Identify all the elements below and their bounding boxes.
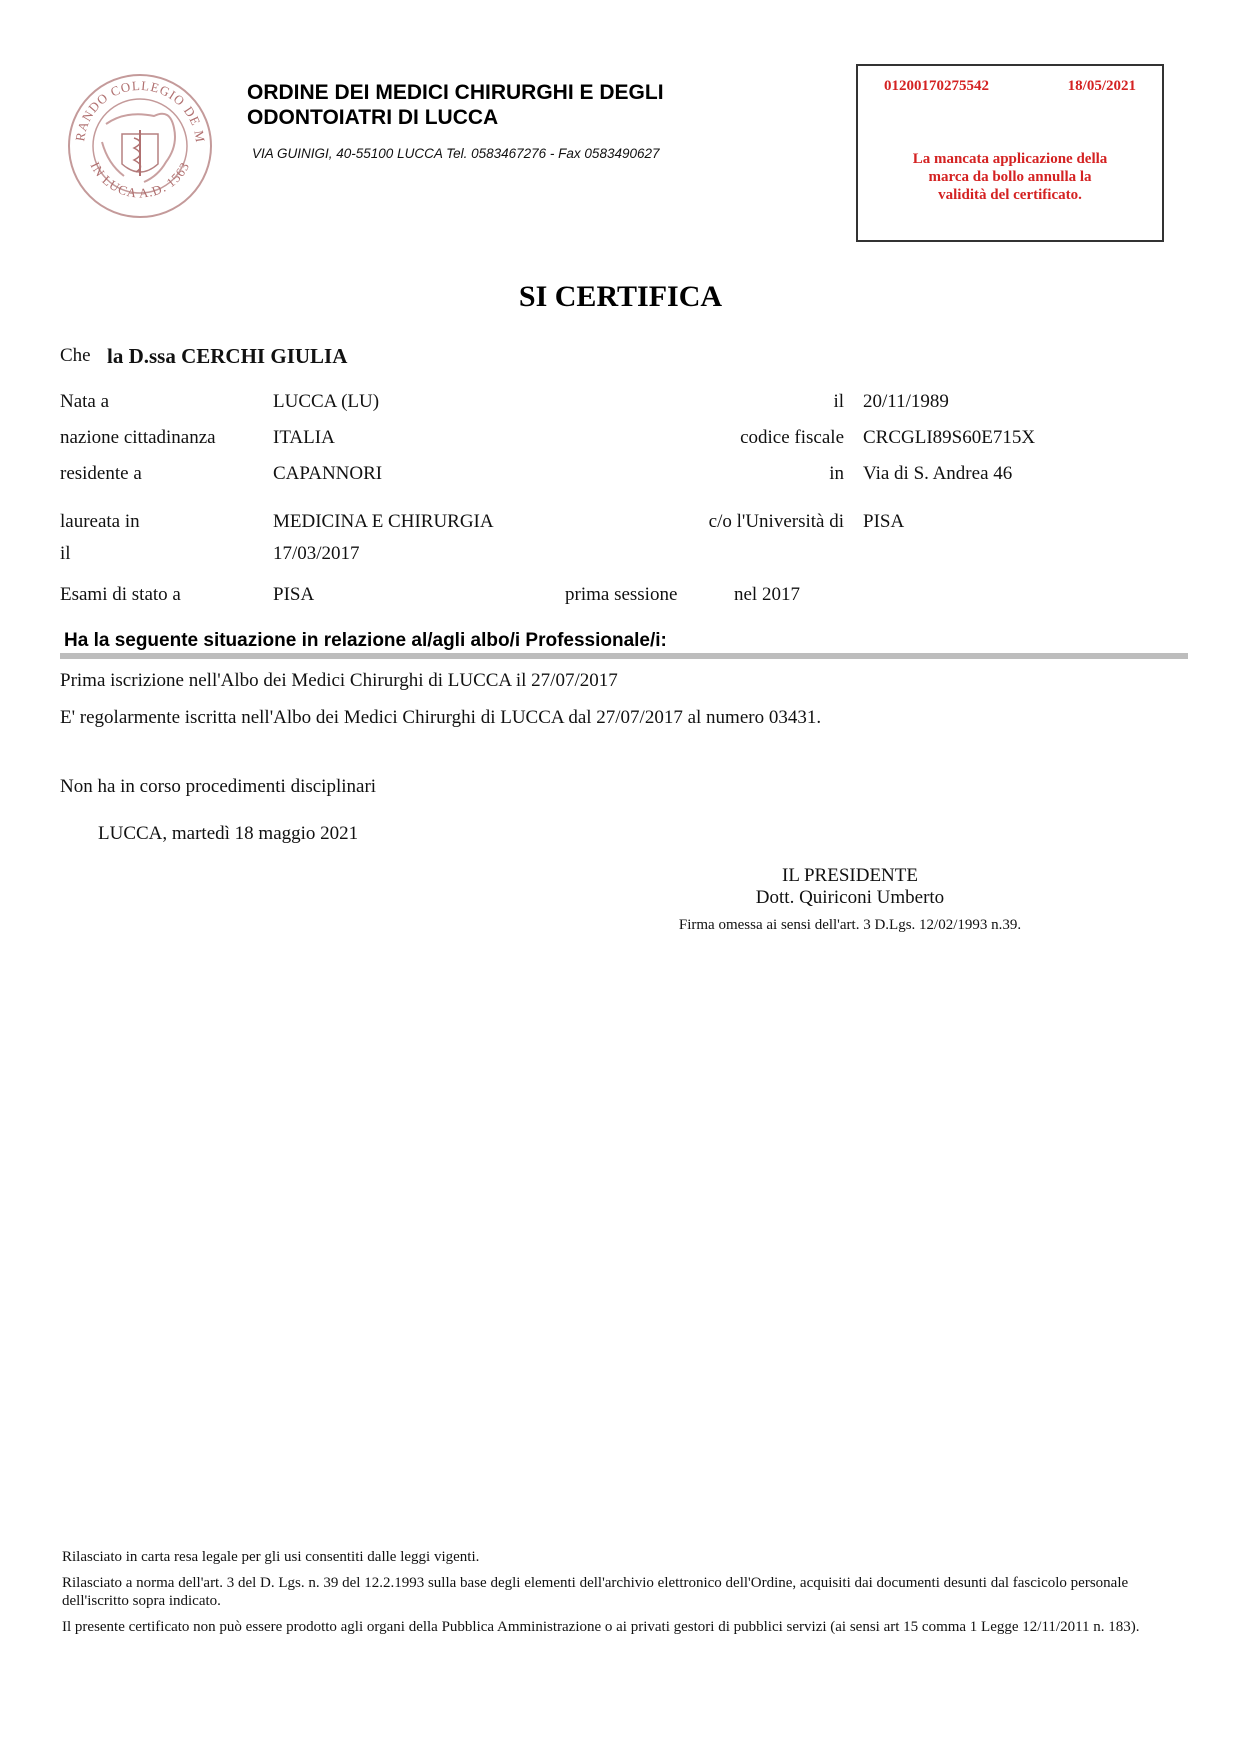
nationality-value: ITALIA	[273, 427, 335, 449]
residence-value: CAPANNORI	[273, 463, 382, 485]
footer-note-2: Rilasciato a norma dell'art. 3 del D. Lg…	[62, 1574, 1172, 1610]
stamp-warning: La mancata applicazione della marca da b…	[858, 150, 1162, 204]
organization-title-line2: ODONTOIATRI DI LUCCA	[247, 105, 664, 130]
birthdate-value: 20/11/1989	[863, 391, 949, 413]
nationality-label: nazione cittadinanza	[60, 427, 216, 449]
stamp-warning-line2: marca da bollo annulla la	[858, 168, 1162, 186]
signatory-role: IL PRESIDENTE	[640, 865, 1060, 887]
university-value: PISA	[863, 511, 904, 533]
footer-note-1: Rilasciato in carta resa legale per gli …	[62, 1548, 1172, 1566]
state-exam-value: PISA	[273, 584, 314, 606]
session-value: nel 2017	[734, 584, 800, 606]
tax-code-value: CRCGLI89S60E715X	[863, 427, 1035, 449]
disciplinary-status: Non ha in corso procedimenti disciplinar…	[60, 776, 376, 798]
subject-prefix: Che	[60, 345, 91, 367]
first-registration: Prima iscrizione nell'Albo dei Medici Ch…	[60, 670, 618, 692]
degree-date-label: il	[60, 543, 71, 565]
signature-note: Firma omessa ai sensi dell'art. 3 D.Lgs.…	[600, 917, 1100, 934]
state-exam-label: Esami di stato a	[60, 584, 181, 606]
subject-name: la D.ssa CERCHI GIULIA	[107, 344, 347, 369]
register-heading: Ha la seguente situazione in relazione a…	[64, 630, 667, 652]
birthplace-value: LUCCA (LU)	[273, 391, 379, 413]
current-registration: E' regolarmente iscritta nell'Albo dei M…	[60, 707, 821, 729]
tax-code-label: codice fiscale	[740, 427, 844, 449]
stamp-code: 01200170275542	[884, 78, 989, 95]
footer-note-3: Il presente certificato non può essere p…	[62, 1618, 1172, 1636]
birthplace-label: Nata a	[60, 391, 109, 413]
degree-value: MEDICINA E CHIRURGIA	[273, 511, 494, 533]
place-date: LUCCA, martedì 18 maggio 2021	[98, 823, 358, 845]
university-label: c/o l'Università di	[709, 511, 844, 533]
stamp-warning-line3: validità del certificato.	[858, 186, 1162, 204]
birthdate-label: il	[833, 391, 844, 413]
degree-date-value: 17/03/2017	[273, 543, 360, 565]
degree-label: laureata in	[60, 511, 140, 533]
stamp-warning-line1: La mancata applicazione della	[858, 150, 1162, 168]
seal-emblem-icon: HONORANDO COLLEGIO DE MEDICI IN LUCA A.D…	[66, 72, 214, 220]
revenue-stamp-box: 01200170275542 18/05/2021 La mancata app…	[856, 64, 1164, 242]
section-divider	[60, 653, 1188, 659]
organization-title: ORDINE DEI MEDICI CHIRURGHI E DEGLI ODON…	[247, 80, 664, 130]
address-label: in	[829, 463, 844, 485]
certificate-title: SI CERTIFICA	[0, 280, 1241, 314]
organization-title-line1: ORDINE DEI MEDICI CHIRURGHI E DEGLI	[247, 80, 664, 105]
residence-label: residente a	[60, 463, 142, 485]
organization-address: VIA GUINIGI, 40-55100 LUCCA Tel. 0583467…	[252, 146, 660, 161]
signatory-name: Dott. Quiriconi Umberto	[640, 887, 1060, 909]
stamp-date: 18/05/2021	[1068, 78, 1136, 95]
svg-text:HONORANDO COLLEGIO DE MEDICI: HONORANDO COLLEGIO DE MEDICI	[66, 72, 208, 144]
address-value: Via di S. Andrea 46	[863, 463, 1012, 485]
session-label: prima sessione	[565, 584, 677, 606]
